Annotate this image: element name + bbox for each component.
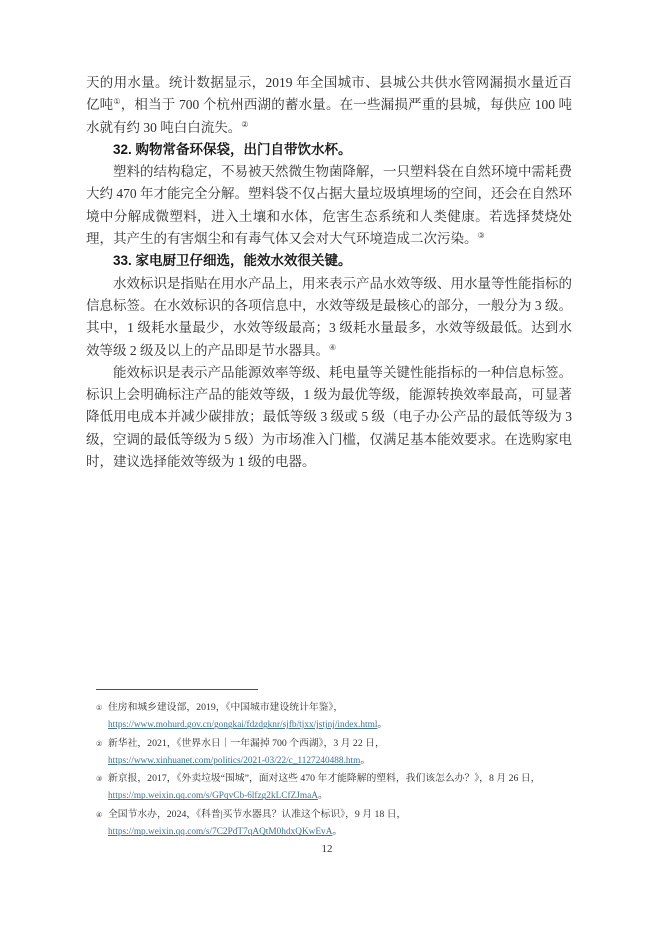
footnote-1: ① 住房和城乡建设部，2019，《中国城市建设统计年鉴》， https://ww…	[96, 699, 601, 735]
footnote-url-line-3: https://mp.weixin.qq.com/s/GPqvCb-6lfzg2…	[108, 787, 601, 805]
document-page: 天的用水量。统计数据显示，2019 年全国城市、县城公共供水管网漏损水量近百亿吨…	[0, 0, 654, 925]
paragraph-water-efficiency: 水效标识是指贴在用水产品上，用来表示产品水效等级、用水量等性能指标的信息标签。在…	[86, 273, 572, 362]
footnote-url-line-4: https://mp.weixin.qq.com/s/7C2PdT7qAQtM0…	[108, 823, 601, 841]
footnote-ref-3: ③	[478, 231, 485, 240]
paragraph-text: 塑料的结构稳定，不易被天然微生物菌降解，一只塑料袋在自然环境中需耗费大约 470…	[86, 164, 572, 246]
paragraph-water-loss: 天的用水量。统计数据显示，2019 年全国城市、县城公共供水管网漏损水量近百亿吨…	[86, 72, 572, 139]
footnote-text-4: 全国节水办，2024，《科普|买节水器具？认准这个标识》，9 月 18 日，	[108, 809, 406, 820]
footnote-url-line-1: https://www.mohurd.gov.cn/gongkai/fdzdgk…	[108, 716, 601, 734]
footnote-text-2: 新华社，2021，《世界水日｜一年漏掉 700 个西湖》，3 月 22 日，	[108, 738, 385, 749]
footnote-marker-1: ①	[96, 700, 102, 717]
footnote-ref-2: ②	[241, 120, 248, 129]
heading-tip-33: 33. 家电厨卫仔细选，能效水效很关键。	[86, 250, 572, 272]
footnote-link-4[interactable]: https://mp.weixin.qq.com/s/7C2PdT7qAQtM0…	[108, 827, 332, 837]
footnote-2: ② 新华社，2021，《世界水日｜一年漏掉 700 个西湖》，3 月 22 日，…	[96, 735, 601, 771]
footnote-marker-2: ②	[96, 736, 102, 753]
footnote-link-3[interactable]: https://mp.weixin.qq.com/s/GPqvCb-6lfzg2…	[108, 791, 318, 801]
heading-tip-32: 32. 购物常备环保袋，出门自带饮水杯。	[86, 139, 572, 161]
footnote-suffix-2: 。	[360, 755, 370, 766]
footnote-separator	[96, 689, 258, 690]
footnote-suffix-3: 。	[318, 790, 328, 801]
footnote-marker-4: ④	[96, 807, 102, 824]
main-text-area: 天的用水量。统计数据显示，2019 年全国城市、县城公共供水管网漏损水量近百亿吨…	[86, 72, 572, 473]
footnotes-section: ① 住房和城乡建设部，2019，《中国城市建设统计年鉴》， https://ww…	[96, 689, 601, 841]
paragraph-plastic: 塑料的结构稳定，不易被天然微生物菌降解，一只塑料袋在自然环境中需耗费大约 470…	[86, 161, 572, 250]
footnote-link-2[interactable]: https://www.xinhuanet.com/politics/2021-…	[108, 756, 360, 766]
paragraph-text: ，相当于 700 个杭州西湖的蓄水量。在一些漏损严重的县城，每供应 100 吨水…	[86, 97, 572, 134]
footnote-link-1[interactable]: https://www.mohurd.gov.cn/gongkai/fdzdgk…	[108, 720, 377, 730]
footnote-marker-3: ③	[96, 771, 102, 788]
footnote-suffix-1: 。	[377, 719, 387, 730]
footnote-text-3: 新京报，2017，《外卖垃圾“围城”，面对这些 470 年才能降解的塑料，我们该…	[108, 773, 540, 784]
footnote-ref-1: ①	[113, 97, 120, 106]
page-number: 12	[0, 843, 654, 855]
footnote-text-1: 住房和城乡建设部，2019，《中国城市建设统计年鉴》，	[108, 702, 343, 713]
paragraph-energy-label: 能效标识是表示产品能源效率等级、耗电量等关键性能指标的一种信息标签。标识上会明确…	[86, 362, 572, 473]
footnote-3: ③ 新京报，2017，《外卖垃圾“围城”，面对这些 470 年才能降解的塑料，我…	[96, 770, 601, 806]
footnote-ref-4: ④	[329, 343, 336, 352]
footnote-url-line-2: https://www.xinhuanet.com/politics/2021-…	[108, 752, 601, 770]
footnote-suffix-4: 。	[332, 826, 342, 837]
footnote-4: ④ 全国节水办，2024，《科普|买节水器具？认准这个标识》，9 月 18 日，…	[96, 806, 601, 842]
